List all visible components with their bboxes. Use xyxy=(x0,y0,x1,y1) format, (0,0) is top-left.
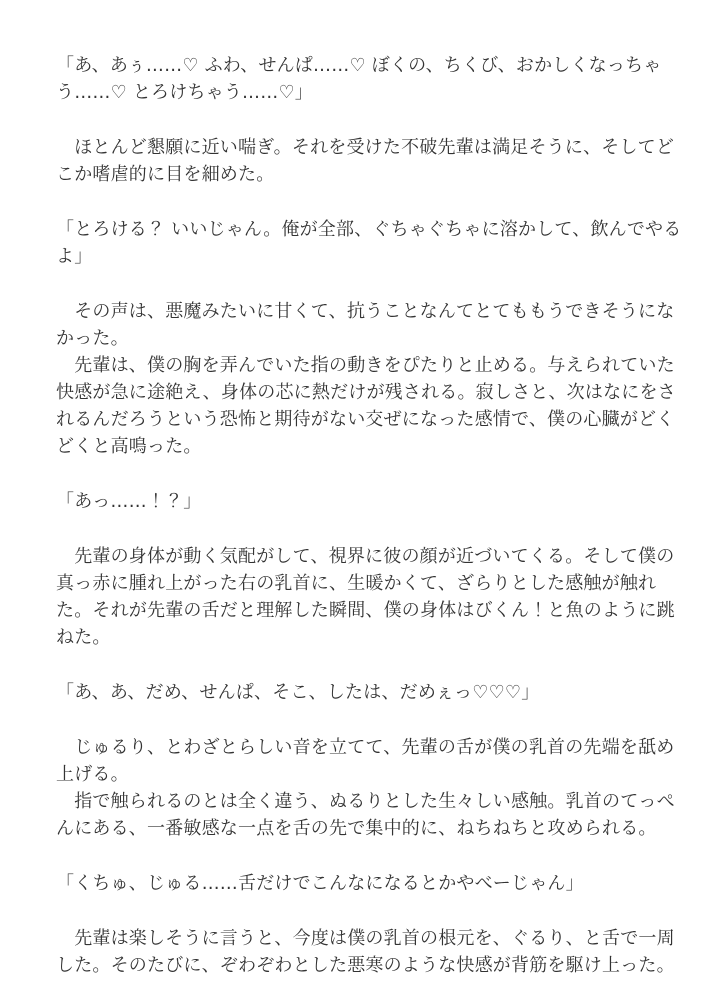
dialogue-paragraph-3: 「あっ……！？」 xyxy=(56,488,686,515)
narration-paragraph-5: 先輩は楽しそうに言うと、今度は僕の乳首の根元を、ぐるり、と舌で一周 した。そのた… xyxy=(56,925,686,979)
dialogue-paragraph-2: 「とろける？ いいじゃん。俺が全部、ぐちゃぐちゃに溶かして、飲んでやる よ」 xyxy=(56,216,686,270)
document-page: 「あ、あぅ……♡ ふわ、せんぱ……♡ ぼくの、ちくび、おかしくなっちゃ う……♡… xyxy=(0,0,712,994)
narration-paragraph-4: じゅるり、とわざとらしい音を立てて、先輩の舌が僕の乳首の先端を舐め 上げる。 指… xyxy=(56,734,686,842)
narration-paragraph-3: 先輩の身体が動く気配がして、視界に彼の顔が近づいてくる。そして僕の 真っ赤に腫れ… xyxy=(56,543,686,651)
narration-paragraph-1: ほとんど懇願に近い喘ぎ。それを受けた不破先輩は満足そうに、そしてど こか嗜虐的に… xyxy=(56,134,686,188)
narration-paragraph-2: その声は、悪魔みたいに甘くて、抗うことなんてとてももうできそうにな かった。 先… xyxy=(56,298,686,460)
dialogue-paragraph-5: 「くちゅ、じゅる……舌だけでこんなになるとかやべーじゃん」 xyxy=(56,870,686,897)
dialogue-paragraph-1: 「あ、あぅ……♡ ふわ、せんぱ……♡ ぼくの、ちくび、おかしくなっちゃ う……♡… xyxy=(56,52,686,106)
dialogue-paragraph-4: 「あ、あ、だめ、せんぱ、そこ、したは、だめぇっ♡♡♡」 xyxy=(56,679,686,706)
